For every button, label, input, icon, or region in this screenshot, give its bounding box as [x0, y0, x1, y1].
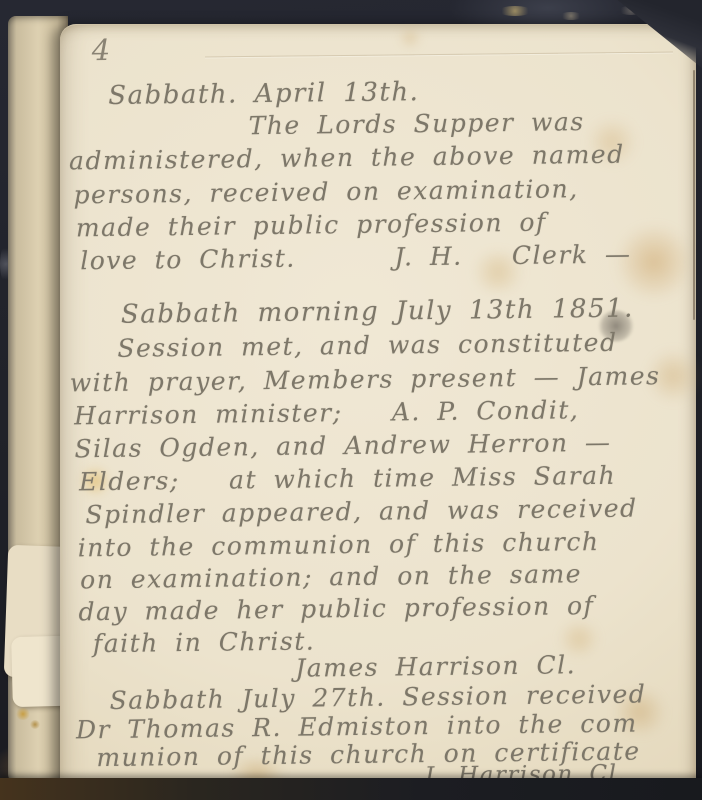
- entry1-date-heading: Sabbath. April 13th.: [108, 79, 419, 109]
- entry1-body-line: administered, when the above named: [69, 142, 625, 174]
- entry1-body-line: made their public profession of: [76, 210, 547, 241]
- entry2-body-line: on examination; and on the same: [80, 561, 582, 592]
- entry2-body-line: day made her public profession of: [78, 593, 594, 624]
- book-cover-bottom-edge: [0, 778, 702, 800]
- entry3-date-heading: Sabbath July 27th. Session received: [110, 681, 647, 713]
- entry2-body-line: Silas Ogden, and Andrew Herron —: [74, 430, 611, 462]
- entry2-body-line: Spindler appeared, and was received: [85, 496, 637, 528]
- entry2-body-line: into the communion of this church: [78, 529, 600, 560]
- scanned-book-page: 4 Sabbath. April 13th. The Lords Supper …: [0, 0, 702, 800]
- entry2-body-line: Harrison minister; A. P. Condit,: [74, 397, 579, 428]
- entry1-body-line: persons, received on examination,: [73, 176, 578, 207]
- entry2-signature: James Harrison Cl.: [295, 652, 576, 680]
- entry2-body-line: faith in Christ.: [93, 628, 316, 656]
- entry2-body-line: Session met, and was constituted: [117, 330, 617, 361]
- entry2-date-heading: Sabbath morning July 13th 1851.: [121, 296, 634, 328]
- entry1-body-line: The Lords Supper was: [248, 109, 584, 138]
- entry2-body-line: Elders; at which time Miss Sarah: [79, 463, 616, 495]
- handwriting-layer: 4 Sabbath. April 13th. The Lords Supper …: [0, 0, 702, 800]
- page-number: 4: [91, 33, 110, 67]
- entry2-body-line: with prayer, Members present — James: [70, 363, 661, 395]
- entry1-closing-signature: love to Christ. J. H. Clerk —: [80, 242, 631, 274]
